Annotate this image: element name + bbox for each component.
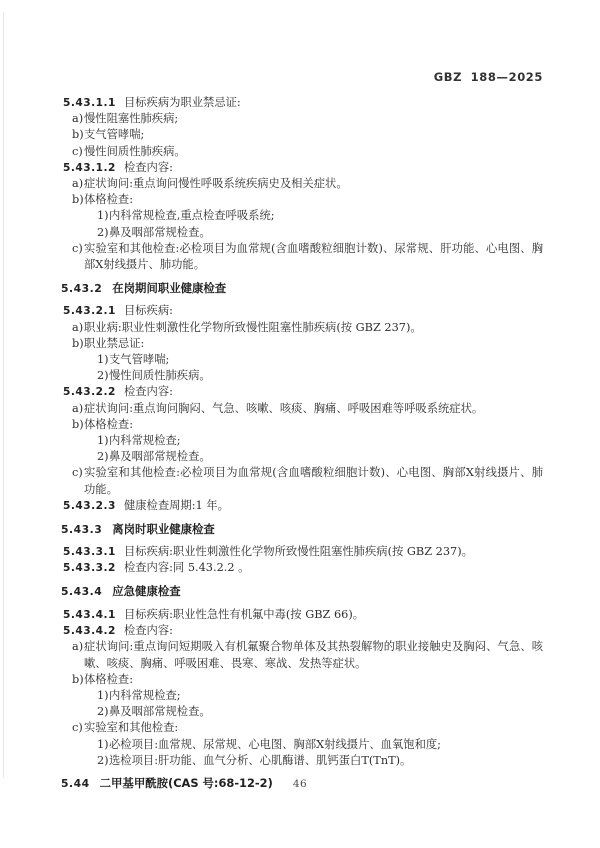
body-text: 职业禁忌证: (84, 337, 144, 350)
body-text: 鼻及咽部常规检查。 (109, 705, 211, 718)
body-text: 支气管哮喘; (109, 353, 169, 366)
body-text: 目标疾病为职业禁忌证: (124, 96, 241, 109)
item-label: 2) (97, 704, 109, 720)
body-text: 目标疾病:职业性急性有机氟中毒(按 GBZ 66)。 (124, 608, 364, 621)
item-label: a) (72, 320, 83, 336)
list-item-number: 2)鼻及咽部常规检查。 (61, 449, 543, 465)
scan-edge-line (3, 12, 4, 778)
item-label: 1) (97, 208, 109, 224)
clause-number: 5.43.1.1 (63, 97, 116, 109)
list-item-letter: a)症状询问:重点询问短期吸入有机氟聚合物单体及其热裂解物的职业接触史及胸闷、气… (61, 639, 543, 671)
item-label: b) (72, 672, 84, 688)
body-text: 内科常规检查; (109, 434, 181, 447)
body-text: 健康检查周期:1 年。 (124, 499, 229, 512)
list-item-number: 2)鼻及咽部常规检查。 (61, 225, 543, 241)
body-text: 症状询问:重点询问短期吸入有机氟聚合物单体及其热裂解物的职业接触史及胸闷、气急、… (84, 640, 543, 669)
item-label: b) (72, 417, 84, 433)
list-item-letter: b)支气管哮喘; (61, 127, 543, 143)
clause-line: 5.43.3.1目标疾病:职业性刺激性化学物所致慢性阻塞性肺疾病(按 GBZ 2… (61, 544, 543, 560)
body-text: 症状询问:重点询问慢性呼吸系统疾病史及相关症状。 (84, 177, 348, 190)
body-text: 实验室和其他检查:必检项目为血常规(含血嗜酸粒细胞计数)、尿常规、肝功能、心电图… (84, 242, 543, 271)
item-label: a) (72, 401, 83, 417)
item-label: b) (72, 192, 84, 208)
body-text: 内科常规检查,重点检查呼吸系统; (109, 209, 275, 222)
body-text: 目标疾病: (124, 304, 173, 317)
clause-number: 5.43.1.2 (63, 162, 116, 174)
item-label: 2) (97, 368, 109, 384)
clause-line: 5.43.4.2检查内容: (61, 623, 543, 639)
item-label: c) (72, 465, 83, 481)
list-item-letter: b)职业禁忌证: (61, 336, 543, 352)
list-item-letter: a)症状询问:重点询问胸闷、气急、咳嗽、咳痰、胸痛、呼吸困难等呼吸系统症状。 (61, 401, 543, 417)
list-item-number: 2)慢性间质性肺疾病。 (61, 368, 543, 384)
body-text: 检查内容:同 5.43.2.2 。 (124, 561, 249, 574)
list-item-number: 1)必检项目:血常规、尿常规、心电图、胸部X射线摄片、血氧饱和度; (61, 737, 543, 753)
clause-number: 5.43.3 (61, 523, 102, 536)
body-text: 内科常规检查; (109, 689, 181, 702)
item-label: 1) (97, 688, 109, 704)
heading-text: 在岗期间职业健康检查 (112, 281, 226, 295)
list-item-number: 1)支气管哮喘; (61, 352, 543, 368)
list-item-number: 2)选检项目:肝功能、血气分析、心肌酶谱、肌钙蛋白T(TnT)。 (61, 753, 543, 769)
clause-number: 5.43.4 (61, 585, 102, 598)
body-text: 慢性阻塞性肺疾病; (84, 112, 178, 125)
body-text: 选检项目:肝功能、血气分析、心肌酶谱、肌钙蛋白T(TnT)。 (109, 754, 411, 767)
body-text: 症状询问:重点询问胸闷、气急、咳嗽、咳痰、胸痛、呼吸困难等呼吸系统症状。 (84, 402, 483, 415)
body-text: 实验室和其他检查: (84, 721, 178, 734)
list-item-letter: b)体格检查: (61, 672, 543, 688)
item-label: 1) (97, 433, 109, 449)
clause-line: 5.43.1.1目标疾病为职业禁忌证: (61, 95, 543, 111)
clause-line: 5.43.4.1目标疾病:职业性急性有机氟中毒(按 GBZ 66)。 (61, 607, 543, 623)
list-item-letter: c)实验室和其他检查:必检项目为血常规(含血嗜酸粒细胞计数)、心电图、胸部X射线… (61, 465, 543, 497)
list-item-letter: b)体格检查: (61, 417, 543, 433)
page-number: 46 (0, 778, 600, 790)
list-item-letter: c)实验室和其他检查: (61, 720, 543, 736)
item-label: 2) (97, 449, 109, 465)
body-text: 体格检查: (84, 673, 133, 686)
heading-text: 离岗时职业健康检查 (112, 522, 215, 536)
body-text: 目标疾病:职业性刺激性化学物所致慢性阻塞性肺疾病(按 GBZ 237)。 (124, 545, 473, 558)
item-label: a) (72, 639, 83, 655)
body-text: 必检项目:血常规、尿常规、心电图、胸部X射线摄片、血氧饱和度; (109, 738, 441, 751)
item-label: 2) (97, 753, 109, 769)
item-label: 1) (97, 352, 109, 368)
clause-number: 5.43.3.2 (63, 562, 116, 574)
clause-number: 5.43.3.1 (63, 546, 116, 558)
clause-line: 5.43.2.2检查内容: (61, 384, 543, 400)
list-item-letter: b)体格检查: (61, 192, 543, 208)
item-label: b) (72, 336, 84, 352)
body-text: 检查内容: (124, 624, 173, 637)
list-item-letter: c)慢性间质性肺疾病。 (61, 144, 543, 160)
body-text: 检查内容: (124, 385, 173, 398)
clause-number: 5.43.4.2 (63, 625, 116, 637)
clause-number: 5.43.2.1 (63, 305, 116, 317)
body-text: 鼻及咽部常规检查。 (109, 450, 211, 463)
item-label: c) (72, 241, 83, 257)
clause-line: 5.43.1.2检查内容: (61, 160, 543, 176)
item-label: a) (72, 111, 83, 127)
list-item-letter: a)职业病:职业性刺激性化学物所致慢性阻塞性肺疾病(按 GBZ 237)。 (61, 320, 543, 336)
item-label: c) (72, 720, 83, 736)
clause-line: 5.43.3.2检查内容:同 5.43.2.2 。 (61, 560, 543, 576)
list-item-number: 1)内科常规检查; (61, 433, 543, 449)
item-label: a) (72, 176, 83, 192)
body-text: 体格检查: (84, 418, 133, 431)
item-label: 2) (97, 225, 109, 241)
item-label: c) (72, 144, 83, 160)
list-item-letter: a)症状询问:重点询问慢性呼吸系统疾病史及相关症状。 (61, 176, 543, 192)
list-item-number: 2)鼻及咽部常规检查。 (61, 704, 543, 720)
section-heading: 5.43.2在岗期间职业健康检查 (61, 280, 543, 297)
clause-line: 5.43.2.3健康检查周期:1 年。 (61, 498, 543, 514)
document-body: 5.43.1.1目标疾病为职业禁忌证:a)慢性阻塞性肺疾病;b)支气管哮喘;c)… (61, 95, 543, 799)
clause-line: 5.43.2.1目标疾病: (61, 303, 543, 319)
body-text: 慢性间质性肺疾病。 (109, 369, 211, 382)
section-heading: 5.43.4应急健康检查 (61, 583, 543, 600)
list-item-letter: a)慢性阻塞性肺疾病; (61, 111, 543, 127)
document-page: GBZ 188—2025 5.43.1.1目标疾病为职业禁忌证:a)慢性阻塞性肺… (0, 0, 600, 848)
list-item-letter: c)实验室和其他检查:必检项目为血常规(含血嗜酸粒细胞计数)、尿常规、肝功能、心… (61, 241, 543, 273)
body-text: 体格检查: (84, 193, 133, 206)
body-text: 支气管哮喘; (84, 128, 144, 141)
heading-text: 应急健康检查 (112, 584, 180, 598)
clause-number: 5.43.2 (61, 282, 102, 295)
clause-number: 5.43.2.2 (63, 386, 116, 398)
body-text: 慢性间质性肺疾病。 (84, 145, 186, 158)
body-text: 检查内容: (124, 161, 173, 174)
standard-code-header: GBZ 188—2025 (434, 70, 543, 84)
list-item-number: 1)内科常规检查; (61, 688, 543, 704)
list-item-number: 1)内科常规检查,重点检查呼吸系统; (61, 208, 543, 224)
item-label: b) (72, 127, 84, 143)
body-text: 实验室和其他检查:必检项目为血常规(含血嗜酸粒细胞计数)、心电图、胸部X射线摄片… (84, 466, 543, 495)
clause-number: 5.43.2.3 (63, 500, 116, 512)
clause-number: 5.43.4.1 (63, 609, 116, 621)
body-text: 鼻及咽部常规检查。 (109, 226, 211, 239)
item-label: 1) (97, 737, 109, 753)
section-heading: 5.43.3离岗时职业健康检查 (61, 521, 543, 538)
body-text: 职业病:职业性刺激性化学物所致慢性阻塞性肺疾病(按 GBZ 237)。 (84, 321, 422, 334)
